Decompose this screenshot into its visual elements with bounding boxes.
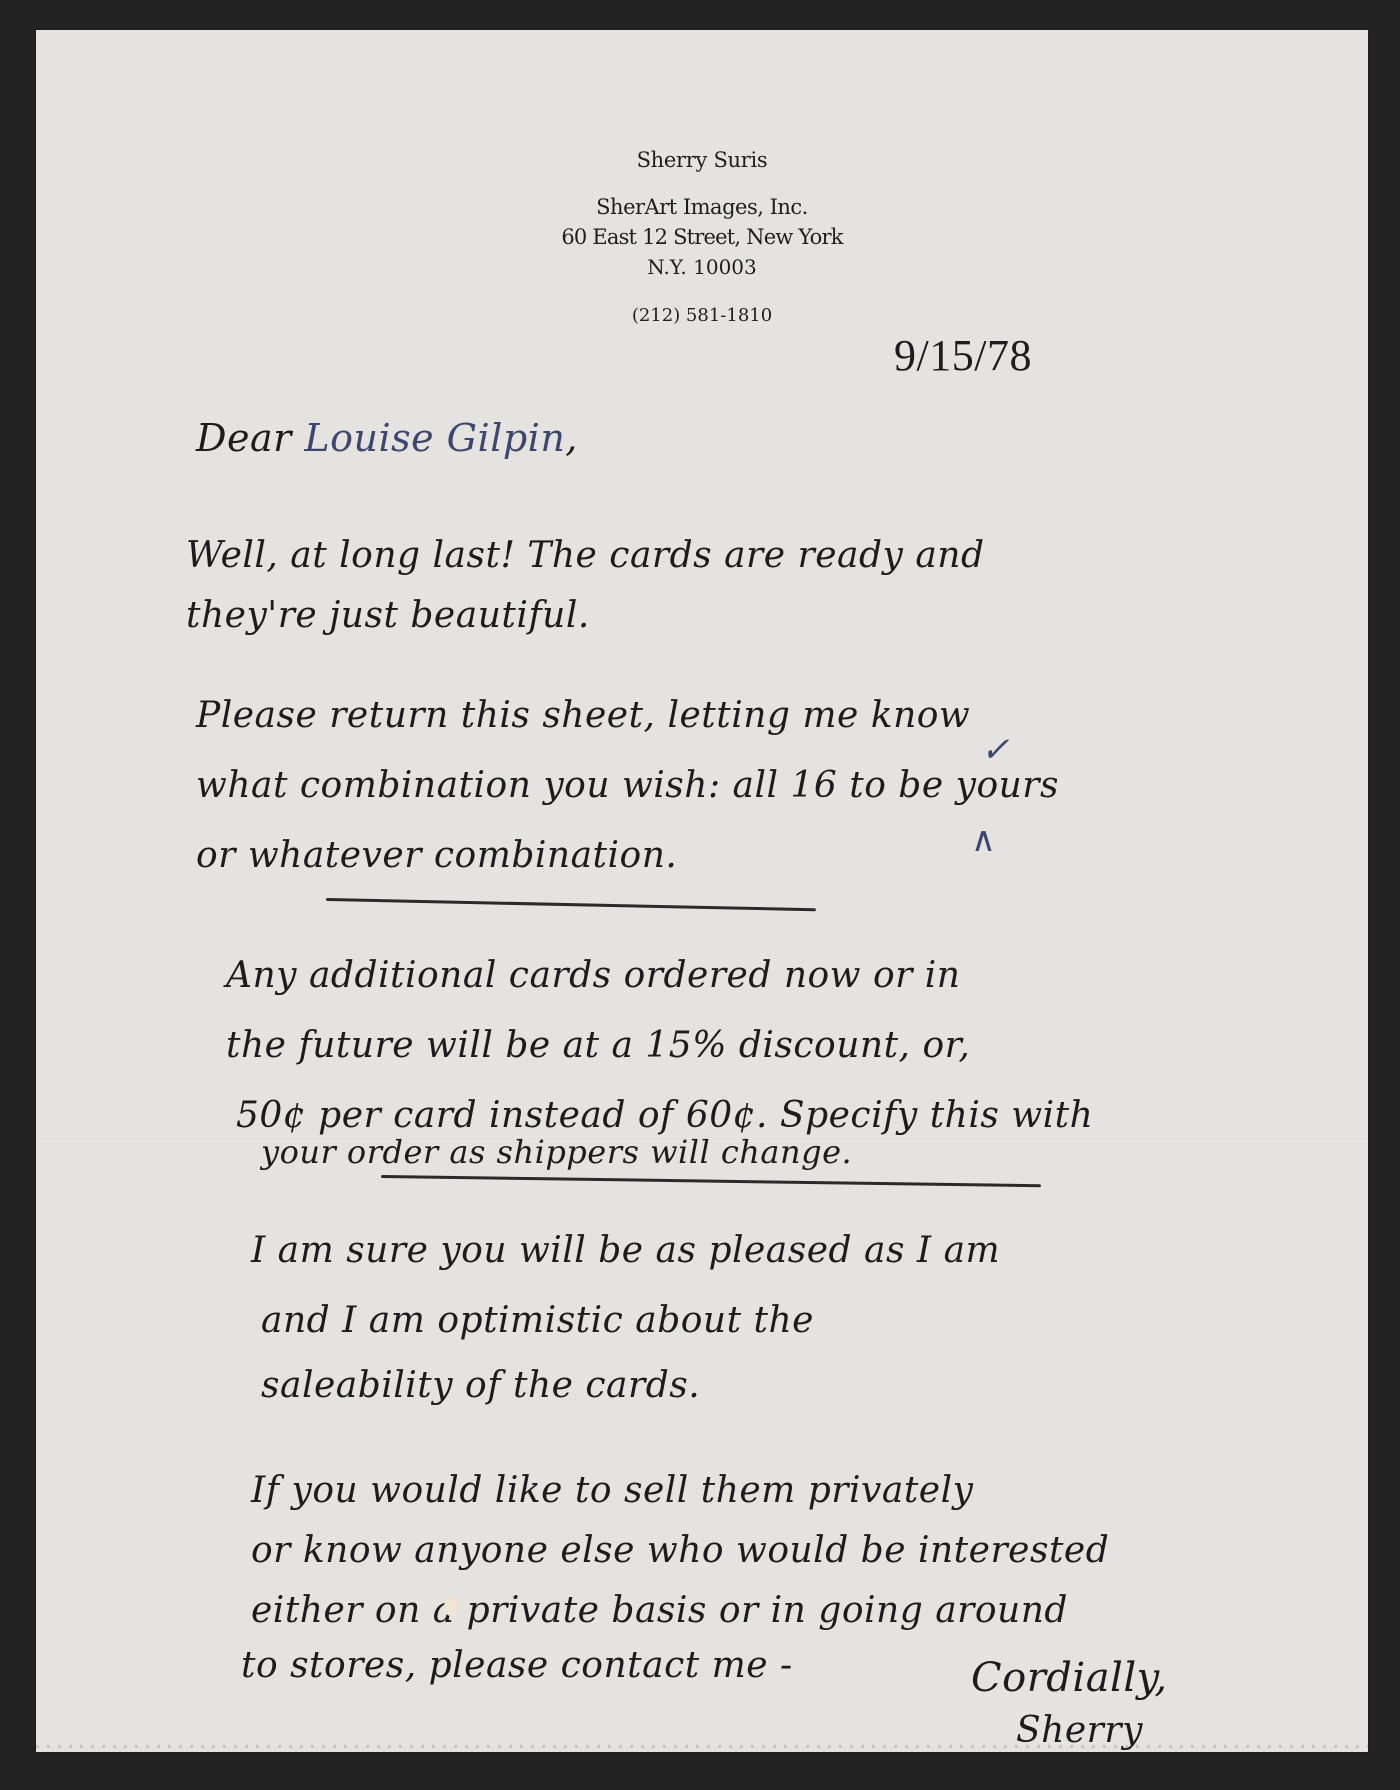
paragraph-3-line-1: Any additional cards ordered now or in	[226, 955, 960, 996]
paragraph-5-line-1: If you would like to sell them privately	[251, 1470, 973, 1511]
paragraph-5-line-2: or know anyone else who would be interes…	[251, 1530, 1109, 1571]
paragraph-3-line-2: the future will be at a 15% discount, or…	[226, 1025, 970, 1066]
salutation: Dear Louise Gilpin,	[196, 416, 578, 460]
paragraph-4-line-2: and I am optimistic about the	[261, 1300, 814, 1341]
salutation-name: Louise Gilpin	[304, 416, 565, 460]
letterhead-company: SherArt Images, Inc.	[36, 195, 1368, 219]
salutation-prefix: Dear	[196, 416, 292, 460]
paragraph-4-line-1: I am sure you will be as pleased as I am	[251, 1230, 1000, 1271]
underline-rule	[381, 1175, 1041, 1187]
salutation-comma: ,	[565, 416, 578, 460]
paragraph-2-line-3: or whatever combination.	[196, 835, 677, 876]
letterhead-phone: (212) 581-1810	[36, 305, 1368, 326]
paragraph-5-line-3: either on a private basis or in going ar…	[251, 1590, 1068, 1631]
scan-edge-speckle	[36, 1745, 1368, 1748]
letterhead-street: 60 East 12 Street, New York	[36, 225, 1368, 249]
paragraph-3-line-3: 50¢ per card instead of 60¢. Specify thi…	[236, 1095, 1093, 1136]
paragraph-4-line-3: saleability of the cards.	[261, 1365, 700, 1406]
paper-stain	[444, 1598, 458, 1616]
separator-rule	[326, 898, 816, 911]
paragraph-3-line-4: your order as shippers will change.	[261, 1133, 852, 1171]
paragraph-2-line-1: Please return this sheet, letting me kno…	[196, 695, 970, 736]
insertion-caret-icon: ∧	[971, 820, 996, 860]
check-mark-annotation-icon: ✓	[981, 730, 1010, 770]
letter-paper: Sherry Suris SherArt Images, Inc. 60 Eas…	[36, 30, 1368, 1752]
paragraph-2-line-2: what combination you wish: all 16 to be …	[196, 765, 1059, 806]
letterhead-name: Sherry Suris	[36, 148, 1368, 172]
paragraph-5-line-4: to stores, please contact me -	[241, 1645, 793, 1686]
paragraph-1-line-2: they're just beautiful.	[186, 595, 590, 636]
letter-date: 9/15/78	[894, 330, 1032, 381]
closing: Cordially,	[971, 1655, 1168, 1701]
letterhead-city: N.Y. 10003	[36, 255, 1368, 279]
paragraph-1-line-1: Well, at long last! The cards are ready …	[186, 535, 985, 576]
